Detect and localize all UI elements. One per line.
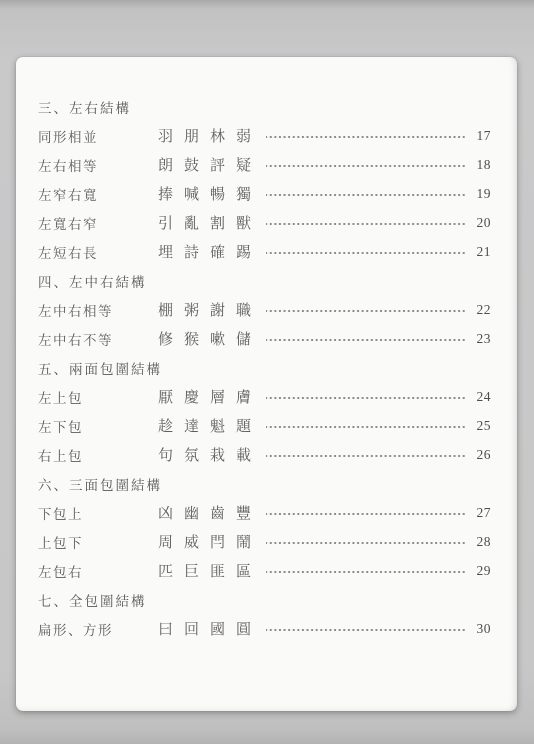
example-char: 威	[184, 531, 210, 552]
example-char: 周	[158, 531, 184, 552]
dot-leader	[266, 425, 466, 429]
example-char: 割	[210, 212, 236, 233]
example-char: 回	[184, 618, 210, 639]
example-char: 豐	[236, 502, 262, 523]
toc-entry: 上包下 周威閂鬧 28	[38, 527, 491, 556]
example-char: 圓	[236, 618, 262, 639]
entry-label: 扁形、方形	[38, 619, 158, 639]
section-heading-3: 三、左右結構	[38, 92, 491, 121]
dot-leader	[266, 193, 466, 197]
example-char: 慶	[184, 386, 210, 407]
example-char: 幽	[184, 502, 210, 523]
example-char: 獸	[236, 212, 262, 233]
page-number: 29	[467, 563, 491, 579]
example-characters: 周威閂鬧	[158, 531, 264, 552]
example-char: 區	[236, 560, 262, 581]
example-char: 羽	[158, 125, 184, 146]
example-char: 職	[236, 299, 262, 320]
example-char: 鬧	[236, 531, 262, 552]
toc-entry: 左中右相等 棚粥謝職 22	[38, 295, 491, 324]
example-char: 引	[158, 212, 184, 233]
toc-entry: 左中右不等 修猴嗽儲 23	[38, 324, 491, 353]
page-number: 27	[467, 505, 491, 521]
example-char: 儲	[236, 328, 262, 349]
dot-leader	[266, 135, 466, 139]
example-char: 猴	[184, 328, 210, 349]
example-char: 曰	[158, 618, 184, 639]
entry-label: 同形相並	[38, 126, 158, 146]
example-char: 匹	[158, 560, 184, 581]
toc-entry: 同形相並 羽朋林弱 17	[38, 121, 491, 150]
example-char: 踢	[236, 241, 262, 262]
toc-entry: 左寬右窄 引亂割獸 20	[38, 208, 491, 237]
entry-label: 左窄右寬	[38, 184, 158, 204]
example-char: 氛	[184, 444, 210, 465]
example-char: 詩	[184, 241, 210, 262]
example-char: 朋	[184, 125, 210, 146]
toc-entry: 扁形、方形 曰回國圓 30	[38, 614, 491, 643]
dot-leader	[266, 251, 466, 255]
entry-label: 左中右不等	[38, 329, 158, 349]
example-char: 修	[158, 328, 184, 349]
example-char: 評	[210, 154, 236, 175]
page-number: 22	[467, 302, 491, 318]
toc-entry: 左短右長 埋詩確踢 21	[38, 237, 491, 266]
dot-leader	[266, 396, 466, 400]
example-characters: 引亂割獸	[158, 212, 264, 233]
toc-entry: 下包上 凶幽齒豐 27	[38, 498, 491, 527]
page-number: 23	[467, 331, 491, 347]
entry-label: 左中右相等	[38, 300, 158, 320]
example-char: 達	[184, 415, 210, 436]
example-char: 凶	[158, 502, 184, 523]
example-characters: 棚粥謝職	[158, 299, 264, 320]
page-number: 17	[467, 128, 491, 144]
book-page: 三、左右結構 同形相並 羽朋林弱 17 左右相等 朗鼓評疑 18 左窄右寬 捧喊…	[16, 57, 517, 711]
example-char: 確	[210, 241, 236, 262]
example-char: 捧	[158, 183, 184, 204]
dot-leader	[266, 164, 466, 168]
dot-leader	[266, 512, 466, 516]
page-number: 25	[467, 418, 491, 434]
page-number: 28	[467, 534, 491, 550]
entry-label: 左短右長	[38, 242, 158, 262]
example-char: 栽	[210, 444, 236, 465]
example-characters: 匹巨匪區	[158, 560, 264, 581]
example-char: 喊	[184, 183, 210, 204]
entry-label: 左右相等	[38, 155, 158, 175]
page-number: 18	[467, 157, 491, 173]
example-char: 弱	[236, 125, 262, 146]
toc-entry: 左下包 趁達魁題 25	[38, 411, 491, 440]
example-char: 句	[158, 444, 184, 465]
entry-label: 右上包	[38, 445, 158, 465]
example-char: 獨	[236, 183, 262, 204]
section-heading-text: 四、左中右結構	[38, 271, 147, 291]
example-char: 閂	[210, 531, 236, 552]
example-char: 暢	[210, 183, 236, 204]
dot-leader	[266, 309, 466, 313]
example-char: 齒	[210, 502, 236, 523]
toc-entry: 左窄右寬 捧喊暢獨 19	[38, 179, 491, 208]
dot-leader	[266, 570, 466, 574]
entry-label: 左下包	[38, 416, 158, 436]
section-heading-7: 七、全包圍結構	[38, 585, 491, 614]
entry-label: 左寬右窄	[38, 213, 158, 233]
section-heading-text: 七、全包圍結構	[38, 590, 147, 610]
page-number: 21	[467, 244, 491, 260]
entry-label: 上包下	[38, 532, 158, 552]
page-number: 26	[467, 447, 491, 463]
example-char: 鼓	[184, 154, 210, 175]
toc-entry: 右上包 句氛栽載 26	[38, 440, 491, 469]
dot-leader	[266, 541, 466, 545]
page-number: 19	[467, 186, 491, 202]
dot-leader	[266, 454, 466, 458]
toc-entry: 左包右 匹巨匪區 29	[38, 556, 491, 585]
example-char: 趁	[158, 415, 184, 436]
example-char: 棚	[158, 299, 184, 320]
section-heading-4: 四、左中右結構	[38, 266, 491, 295]
example-characters: 厭慶層膚	[158, 386, 264, 407]
example-char: 層	[210, 386, 236, 407]
section-heading-6: 六、三面包圍結構	[38, 469, 491, 498]
example-char: 魁	[210, 415, 236, 436]
page-number: 20	[467, 215, 491, 231]
example-char: 嗽	[210, 328, 236, 349]
example-characters: 趁達魁題	[158, 415, 264, 436]
example-characters: 曰回國圓	[158, 618, 264, 639]
example-characters: 句氛栽載	[158, 444, 264, 465]
scanned-book-photo: { "colors": { "background": "#c7c7c8", "…	[0, 0, 534, 744]
section-heading-5: 五、兩面包圍結構	[38, 353, 491, 382]
example-char: 題	[236, 415, 262, 436]
entry-label: 左包右	[38, 561, 158, 581]
toc-entry: 左右相等 朗鼓評疑 18	[38, 150, 491, 179]
dot-leader	[266, 222, 466, 226]
example-characters: 捧喊暢獨	[158, 183, 264, 204]
dot-leader	[266, 338, 466, 342]
example-characters: 朗鼓評疑	[158, 154, 264, 175]
example-characters: 羽朋林弱	[158, 125, 264, 146]
example-characters: 修猴嗽儲	[158, 328, 264, 349]
example-char: 膚	[236, 386, 262, 407]
page-number: 24	[467, 389, 491, 405]
section-heading-text: 三、左右結構	[38, 97, 131, 117]
section-heading-text: 六、三面包圍結構	[38, 474, 162, 494]
example-char: 巨	[184, 560, 210, 581]
example-char: 粥	[184, 299, 210, 320]
dot-leader	[266, 628, 466, 632]
example-char: 匪	[210, 560, 236, 581]
toc-entry: 左上包 厭慶層膚 24	[38, 382, 491, 411]
example-char: 厭	[158, 386, 184, 407]
example-characters: 凶幽齒豐	[158, 502, 264, 523]
page-number: 30	[467, 621, 491, 637]
example-char: 謝	[210, 299, 236, 320]
section-heading-text: 五、兩面包圍結構	[38, 358, 162, 378]
example-char: 國	[210, 618, 236, 639]
example-char: 疑	[236, 154, 262, 175]
example-char: 載	[236, 444, 262, 465]
entry-label: 下包上	[38, 503, 158, 523]
example-char: 埋	[158, 241, 184, 262]
example-char: 亂	[184, 212, 210, 233]
example-char: 林	[210, 125, 236, 146]
entry-label: 左上包	[38, 387, 158, 407]
example-characters: 埋詩確踢	[158, 241, 264, 262]
example-char: 朗	[158, 154, 184, 175]
